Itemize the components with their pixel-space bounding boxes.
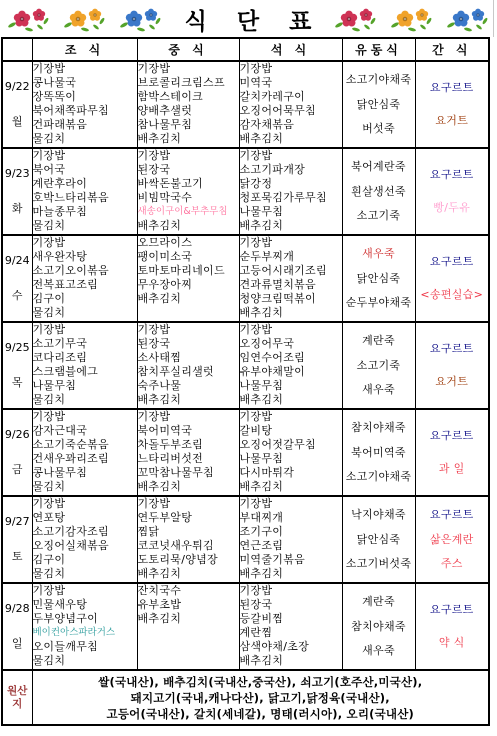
menu-item: 부대찌개	[240, 511, 342, 525]
cell-dinner: 기장밥오징어무국임연수어조림유부야채말이나물무침배추김치	[239, 322, 342, 409]
menu-item: 느타리버섯전	[138, 452, 239, 466]
menu-row-9-28: 9/28일기장밥민물새우탕두부양념구이베이컨아스파라거스오이들깨무침물김치잔치국…	[2, 583, 489, 670]
menu-item: 북어미역죽	[351, 446, 406, 459]
menu-item: 계란죽	[362, 595, 395, 608]
menu-item: 연근조림	[240, 539, 342, 553]
menu-item: 조기구이	[240, 525, 342, 539]
date-cell: 9/25목	[2, 322, 32, 409]
row-date: 9/24	[5, 254, 30, 267]
menu-item: 요구르트	[430, 429, 474, 442]
menu-item: 스크램블에그	[33, 365, 137, 379]
flower-decoration-icon	[445, 6, 491, 34]
menu-item: 양배추샐럿	[138, 104, 239, 118]
menu-item: 약 식	[439, 636, 465, 649]
menu-item: 건새우꽈리조림	[33, 452, 137, 466]
row-day: 금	[12, 461, 23, 477]
flower-decoration-icon	[118, 6, 164, 34]
menu-item: 소고기파개장	[240, 163, 342, 177]
menu-item: 코다리조림	[33, 351, 137, 365]
menu-item: 삼색야채/초장	[240, 640, 342, 654]
menu-item: 기장밥	[240, 410, 342, 424]
menu-item: 과 일	[439, 462, 465, 475]
column-header-dinner: 석 식	[239, 38, 342, 61]
menu-row-9-23: 9/23화기장밥북어국계란후라이호박느타리볶음마늘종무침물김치기장밥된장국바싹돈…	[2, 148, 489, 235]
menu-item: 버섯죽	[362, 122, 395, 135]
menu-item: 찜닭	[138, 525, 239, 539]
menu-item: 기장밥	[33, 62, 137, 76]
menu-item: 오이들깨무침	[33, 640, 137, 654]
menu-item: 감자근대국	[33, 424, 137, 438]
menu-item: 기장밥	[33, 323, 137, 337]
menu-item: 기장밥	[33, 584, 137, 598]
menu-item: 기장밥	[138, 62, 239, 76]
menu-item: 요구르트	[430, 81, 474, 94]
column-header-lunch: 중 식	[137, 38, 239, 61]
menu-item: 요구르트	[430, 508, 474, 521]
menu-item: 배추김치	[138, 292, 239, 306]
menu-item: 콩나물무침	[33, 466, 137, 480]
row-day: 화	[12, 200, 23, 216]
menu-item: 소사태찜	[138, 351, 239, 365]
row-date: 9/23	[5, 167, 30, 180]
title-bar: 식 단 표	[0, 0, 497, 37]
menu-item: 물김치	[33, 654, 137, 668]
cell-dinner: 기장밥순두부찌개고등어시래기조림견과류멸치볶음청양크림떡볶이배추김치	[239, 235, 342, 322]
menu-item: 새우죽	[362, 644, 395, 657]
menu-item: 배추김치	[138, 132, 239, 146]
cell-breakfast: 기장밥콩나물국장똑똑이북어채쪽파무침건파래볶음물김치	[32, 61, 137, 148]
menu-item: 요구르트	[430, 255, 474, 268]
menu-item: 빵/두유	[433, 201, 470, 214]
row-day: 토	[12, 548, 23, 564]
menu-item: 기장밥	[138, 497, 239, 511]
menu-item: 소고기야채죽	[346, 470, 412, 483]
menu-item: 기장밥	[33, 410, 137, 424]
menu-item: 소고기죽	[357, 359, 401, 372]
menu-item: 새우죽	[362, 383, 395, 396]
menu-item: 요구르트	[430, 168, 474, 181]
menu-item: 흰살생선죽	[351, 185, 406, 198]
menu-item: 미역줄기볶음	[240, 553, 342, 567]
menu-item: 호박느타리볶음	[33, 191, 137, 205]
menu-row-9-22: 9/22월기장밥콩나물국장똑똑이북어채쪽파무침건파래볶음물김치기장밥브로콜리크림…	[2, 61, 489, 148]
flower-decoration-icon	[333, 6, 379, 34]
menu-item: 기장밥	[138, 323, 239, 337]
cell-lunch: 기장밥연두부알탕찜닭코코넛새우튀김도토리묵/양념장배추김치	[137, 496, 239, 583]
grid-edge-line	[493, 0, 494, 37]
menu-item: 배추김치	[240, 567, 342, 581]
row-date: 9/25	[5, 341, 30, 354]
menu-item: 오징어무국	[240, 337, 342, 351]
menu-item: 바싹돈불고기	[138, 177, 239, 191]
origin-label: 원산 지	[2, 670, 32, 725]
menu-item: 미역국	[240, 76, 342, 90]
cell-breakfast: 기장밥연포탕소고기감자조림오징어실채볶음김구이물김치	[32, 496, 137, 583]
menu-item: 순두부야채죽	[346, 296, 412, 309]
cell-liquid: 낙지야채죽닭안심죽소고기버섯죽	[342, 496, 415, 583]
cell-dinner: 기장밥부대찌개조기구이연근조림미역줄기볶음배추김치	[239, 496, 342, 583]
menu-item: 배추김치	[240, 654, 342, 668]
menu-item: 소고기죽	[357, 209, 401, 222]
menu-item: 요구르트	[430, 342, 474, 355]
menu-item: 된장국	[138, 163, 239, 177]
menu-item: 기장밥	[138, 410, 239, 424]
menu-item: 닭강정	[240, 177, 342, 191]
menu-item: 배추김치	[138, 612, 239, 626]
meal-plan-table: 조 식 중 식 석 식 유동식 간 식 9/22월기장밥콩나물국장똑똑이북어채쪽…	[1, 37, 490, 726]
menu-item: 계란찜	[240, 626, 342, 640]
menu-item: 기장밥	[33, 497, 137, 511]
flower-decoration-icon	[62, 6, 108, 34]
cell-snack: 요구르트<송편실습>	[415, 235, 489, 322]
menu-item: 소고기감자조림	[33, 525, 137, 539]
menu-item: 임연수어조림	[240, 351, 342, 365]
menu-item: 기장밥	[240, 323, 342, 337]
menu-item: 오징어실채볶음	[33, 539, 137, 553]
menu-item: 김구이	[33, 553, 137, 567]
menu-item: 주스	[441, 557, 463, 570]
cell-liquid: 계란죽참치야채죽새우죽	[342, 583, 415, 670]
cell-lunch: 오므라이스팽이미소국토마토마리네이드무우장아찌배추김치	[137, 235, 239, 322]
menu-item: 잔치국수	[138, 584, 239, 598]
menu-item: 배추김치	[240, 393, 342, 407]
menu-item: 순두부찌개	[240, 250, 342, 264]
menu-item: 팽이미소국	[138, 250, 239, 264]
menu-item: 배추김치	[138, 393, 239, 407]
menu-item: 무우장아찌	[138, 278, 239, 292]
menu-item: 새우완자탕	[33, 250, 137, 264]
menu-item: 소고기버섯죽	[346, 557, 412, 570]
menu-row-9-24: 9/24수기장밥새우완자탕소고기오이볶음전복표고조림김구이물김치오므라이스팽이미…	[2, 235, 489, 322]
cell-liquid: 계란죽소고기죽새우죽	[342, 322, 415, 409]
date-cell: 9/26금	[2, 409, 32, 496]
cell-snack: 요구르트빵/두유	[415, 148, 489, 235]
menu-item: 닭안심죽	[357, 272, 401, 285]
menu-item: 삶은계란	[430, 533, 474, 546]
menu-item: 나물무침	[240, 205, 342, 219]
menu-item: 장똑똑이	[33, 90, 137, 104]
cell-breakfast: 기장밥소고기무국코다리조림스크램블에그나물무침물김치	[32, 322, 137, 409]
menu-item: 닭안심죽	[357, 98, 401, 111]
menu-item: 요거트	[435, 375, 468, 388]
menu-item: 요구르트	[430, 603, 474, 616]
menu-item: 기장밥	[33, 236, 137, 250]
menu-item: 배추김치	[138, 567, 239, 581]
menu-item: 새우죽	[362, 247, 395, 260]
menu-item: 소고기무국	[33, 337, 137, 351]
menu-item: 배추김치	[240, 219, 342, 233]
menu-item: 소고기오이볶음	[33, 264, 137, 278]
menu-item: 계란죽	[362, 334, 395, 347]
menu-item: 물김치	[33, 219, 137, 233]
row-date: 9/28	[5, 602, 30, 615]
menu-item: 김구이	[33, 292, 137, 306]
menu-item: 건파래볶음	[33, 118, 137, 132]
row-date: 9/26	[5, 428, 30, 441]
menu-item: 기장밥	[240, 497, 342, 511]
cell-dinner: 기장밥소고기파개장닭강정청포묵김가루무침나물무침배추김치	[239, 148, 342, 235]
menu-item: 유부초밥	[138, 598, 239, 612]
meal-plan-page: 식 단 표 조 식 중 식 석 식 유동식 간 식 9/22월기장밥콩나물국장똑…	[0, 0, 497, 736]
menu-item: 기장밥	[33, 149, 137, 163]
column-header-breakfast: 조 식	[32, 38, 137, 61]
date-cell: 9/22월	[2, 61, 32, 148]
menu-item: 갈비탕	[240, 424, 342, 438]
cell-lunch: 기장밥북어미역국차돌두부조림느타리버섯전꼬막참나물무침배추김치	[137, 409, 239, 496]
cell-dinner: 기장밥미역국갈치카레구이오징어어묵무침감자채볶음배추김치	[239, 61, 342, 148]
menu-item: 계란후라이	[33, 177, 137, 191]
menu-item: 나물무침	[240, 379, 342, 393]
menu-item: 배추김치	[138, 219, 239, 233]
menu-item: 북어미역국	[138, 424, 239, 438]
menu-item: 전복표고조림	[33, 278, 137, 292]
corner-cell	[2, 38, 32, 61]
menu-item: 비빔막국수	[138, 191, 239, 205]
menu-item: 물김치	[33, 567, 137, 581]
flower-decoration-icon	[389, 6, 435, 34]
menu-item: 감자채볶음	[240, 118, 342, 132]
menu-item: 기장밥	[240, 149, 342, 163]
menu-item: 차돌두부조림	[138, 438, 239, 452]
menu-item: 기장밥	[138, 149, 239, 163]
menu-item: 기장밥	[240, 236, 342, 250]
cell-liquid: 참치야채죽북어미역죽소고기야채죽	[342, 409, 415, 496]
menu-item: 참치푸실리샐럿	[138, 365, 239, 379]
menu-item: 견과류멸치볶음	[240, 278, 342, 292]
menu-item: 오므라이스	[138, 236, 239, 250]
menu-item: 북어국	[33, 163, 137, 177]
menu-item: 물김치	[33, 393, 137, 407]
menu-item: 연포탕	[33, 511, 137, 525]
column-header-liquid: 유동식	[342, 38, 415, 61]
menu-item: 배추김치	[240, 306, 342, 320]
menu-item: 기장밥	[240, 584, 342, 598]
cell-liquid: 새우죽닭안심죽순두부야채죽	[342, 235, 415, 322]
menu-item: <송편실습>	[420, 288, 483, 301]
menu-item: 낙지야채죽	[351, 508, 406, 521]
cell-lunch: 잔치국수유부초밥배추김치	[137, 583, 239, 670]
cell-snack: 요구르트삶은계란주스	[415, 496, 489, 583]
column-header-snack: 간 식	[415, 38, 489, 61]
menu-item: 물김치	[33, 306, 137, 320]
menu-item: 마늘종무침	[33, 205, 137, 219]
cell-lunch: 기장밥된장국바싹돈불고기비빔막국수새송이구이&부추무침배추김치	[137, 148, 239, 235]
menu-item: 콩나물국	[33, 76, 137, 90]
menu-item: 꼬막참나물무침	[138, 466, 239, 480]
menu-item: 청포묵김가루무침	[240, 191, 342, 205]
cell-snack: 요구르트약 식	[415, 583, 489, 670]
cell-snack: 요구르트요거트	[415, 322, 489, 409]
menu-item: 소고기야채죽	[346, 73, 412, 86]
row-day: 일	[12, 635, 23, 651]
origin-text: 쌀(국내산), 배추김치(국내산,중국산), 쇠고기(호주산,미국산), 돼지고…	[32, 670, 489, 725]
date-cell: 9/27토	[2, 496, 32, 583]
menu-item: 배추김치	[240, 132, 342, 146]
flower-decoration-icon	[6, 6, 52, 34]
menu-item: 오징어어묵무침	[240, 104, 342, 118]
cell-breakfast: 기장밥민물새우탕두부양념구이베이컨아스파라거스오이들깨무침물김치	[32, 583, 137, 670]
menu-item: 베이컨아스파라거스	[33, 626, 137, 640]
menu-item: 소고기죽순볶음	[33, 438, 137, 452]
menu-item: 코코넛새우튀김	[138, 539, 239, 553]
menu-item: 연두부알탕	[138, 511, 239, 525]
menu-row-9-25: 9/25목기장밥소고기무국코다리조림스크램블에그나물무침물김치기장밥된장국소사태…	[2, 322, 489, 409]
menu-item: 고등어시래기조림	[240, 264, 342, 278]
cell-lunch: 기장밥브로콜리크림스프함박스테이크양배추샐럿참나물무침배추김치	[137, 61, 239, 148]
menu-item: 북어채쪽파무침	[33, 104, 137, 118]
menu-item: 새송이구이&부추무침	[138, 205, 239, 219]
row-day: 목	[12, 374, 23, 390]
menu-item: 갈치카레구이	[240, 90, 342, 104]
menu-item: 나물무침	[33, 379, 137, 393]
menu-item: 배추김치	[138, 480, 239, 494]
menu-item: 오징어젓갈무침	[240, 438, 342, 452]
menu-item: 요거트	[435, 114, 468, 127]
row-day: 월	[12, 113, 23, 129]
row-date: 9/27	[5, 515, 30, 528]
menu-item: 다시마튀각	[240, 466, 342, 480]
menu-item: 청양크림떡볶이	[240, 292, 342, 306]
menu-item: 나물무침	[240, 452, 342, 466]
page-title: 식 단 표	[175, 3, 323, 36]
menu-item: 도토리묵/양념장	[138, 553, 239, 567]
header-row: 조 식 중 식 석 식 유동식 간 식	[2, 38, 489, 61]
menu-item: 브로콜리크림스프	[138, 76, 239, 90]
menu-item: 된장국	[240, 598, 342, 612]
origin-row: 원산 지 쌀(국내산), 배추김치(국내산,중국산), 쇠고기(호주산,미국산)…	[2, 670, 489, 725]
menu-row-9-26: 9/26금기장밥감자근대국소고기죽순볶음건새우꽈리조림콩나물무침물김치기장밥북어…	[2, 409, 489, 496]
cell-breakfast: 기장밥새우완자탕소고기오이볶음전복표고조림김구이물김치	[32, 235, 137, 322]
date-cell: 9/23화	[2, 148, 32, 235]
menu-item: 북어계란죽	[351, 160, 406, 173]
cell-liquid: 소고기야채죽닭안심죽버섯죽	[342, 61, 415, 148]
cell-dinner: 기장밥갈비탕오징어젓갈무침나물무침다시마튀각배추김치	[239, 409, 342, 496]
date-cell: 9/28일	[2, 583, 32, 670]
menu-item: 된장국	[138, 337, 239, 351]
menu-item: 참치야채죽	[351, 620, 406, 633]
menu-item: 참치야채죽	[351, 421, 406, 434]
date-cell: 9/24수	[2, 235, 32, 322]
cell-snack: 요구르트요거트	[415, 61, 489, 148]
menu-item: 배추김치	[240, 480, 342, 494]
menu-item: 물김치	[33, 480, 137, 494]
cell-snack: 요구르트과 일	[415, 409, 489, 496]
menu-row-9-27: 9/27토기장밥연포탕소고기감자조림오징어실채볶음김구이물김치기장밥연두부알탕찜…	[2, 496, 489, 583]
menu-item: 닭안심죽	[357, 533, 401, 546]
menu-item: 두부양념구이	[33, 612, 137, 626]
menu-item: 토마토마리네이드	[138, 264, 239, 278]
menu-item: 기장밥	[240, 62, 342, 76]
cell-breakfast: 기장밥북어국계란후라이호박느타리볶음마늘종무침물김치	[32, 148, 137, 235]
cell-lunch: 기장밥된장국소사태찜참치푸실리샐럿숙주나물배추김치	[137, 322, 239, 409]
menu-item: 숙주나물	[138, 379, 239, 393]
row-day: 수	[12, 287, 23, 303]
menu-item: 민물새우탕	[33, 598, 137, 612]
cell-dinner: 기장밥된장국등갈비찜계란찜삼색야채/초장배추김치	[239, 583, 342, 670]
row-date: 9/22	[5, 80, 30, 93]
cell-breakfast: 기장밥감자근대국소고기죽순볶음건새우꽈리조림콩나물무침물김치	[32, 409, 137, 496]
menu-item: 참나물무침	[138, 118, 239, 132]
menu-item: 물김치	[33, 132, 137, 146]
menu-item: 유부야채말이	[240, 365, 342, 379]
menu-item: 함박스테이크	[138, 90, 239, 104]
cell-liquid: 북어계란죽흰살생선죽소고기죽	[342, 148, 415, 235]
menu-item: 등갈비찜	[240, 612, 342, 626]
